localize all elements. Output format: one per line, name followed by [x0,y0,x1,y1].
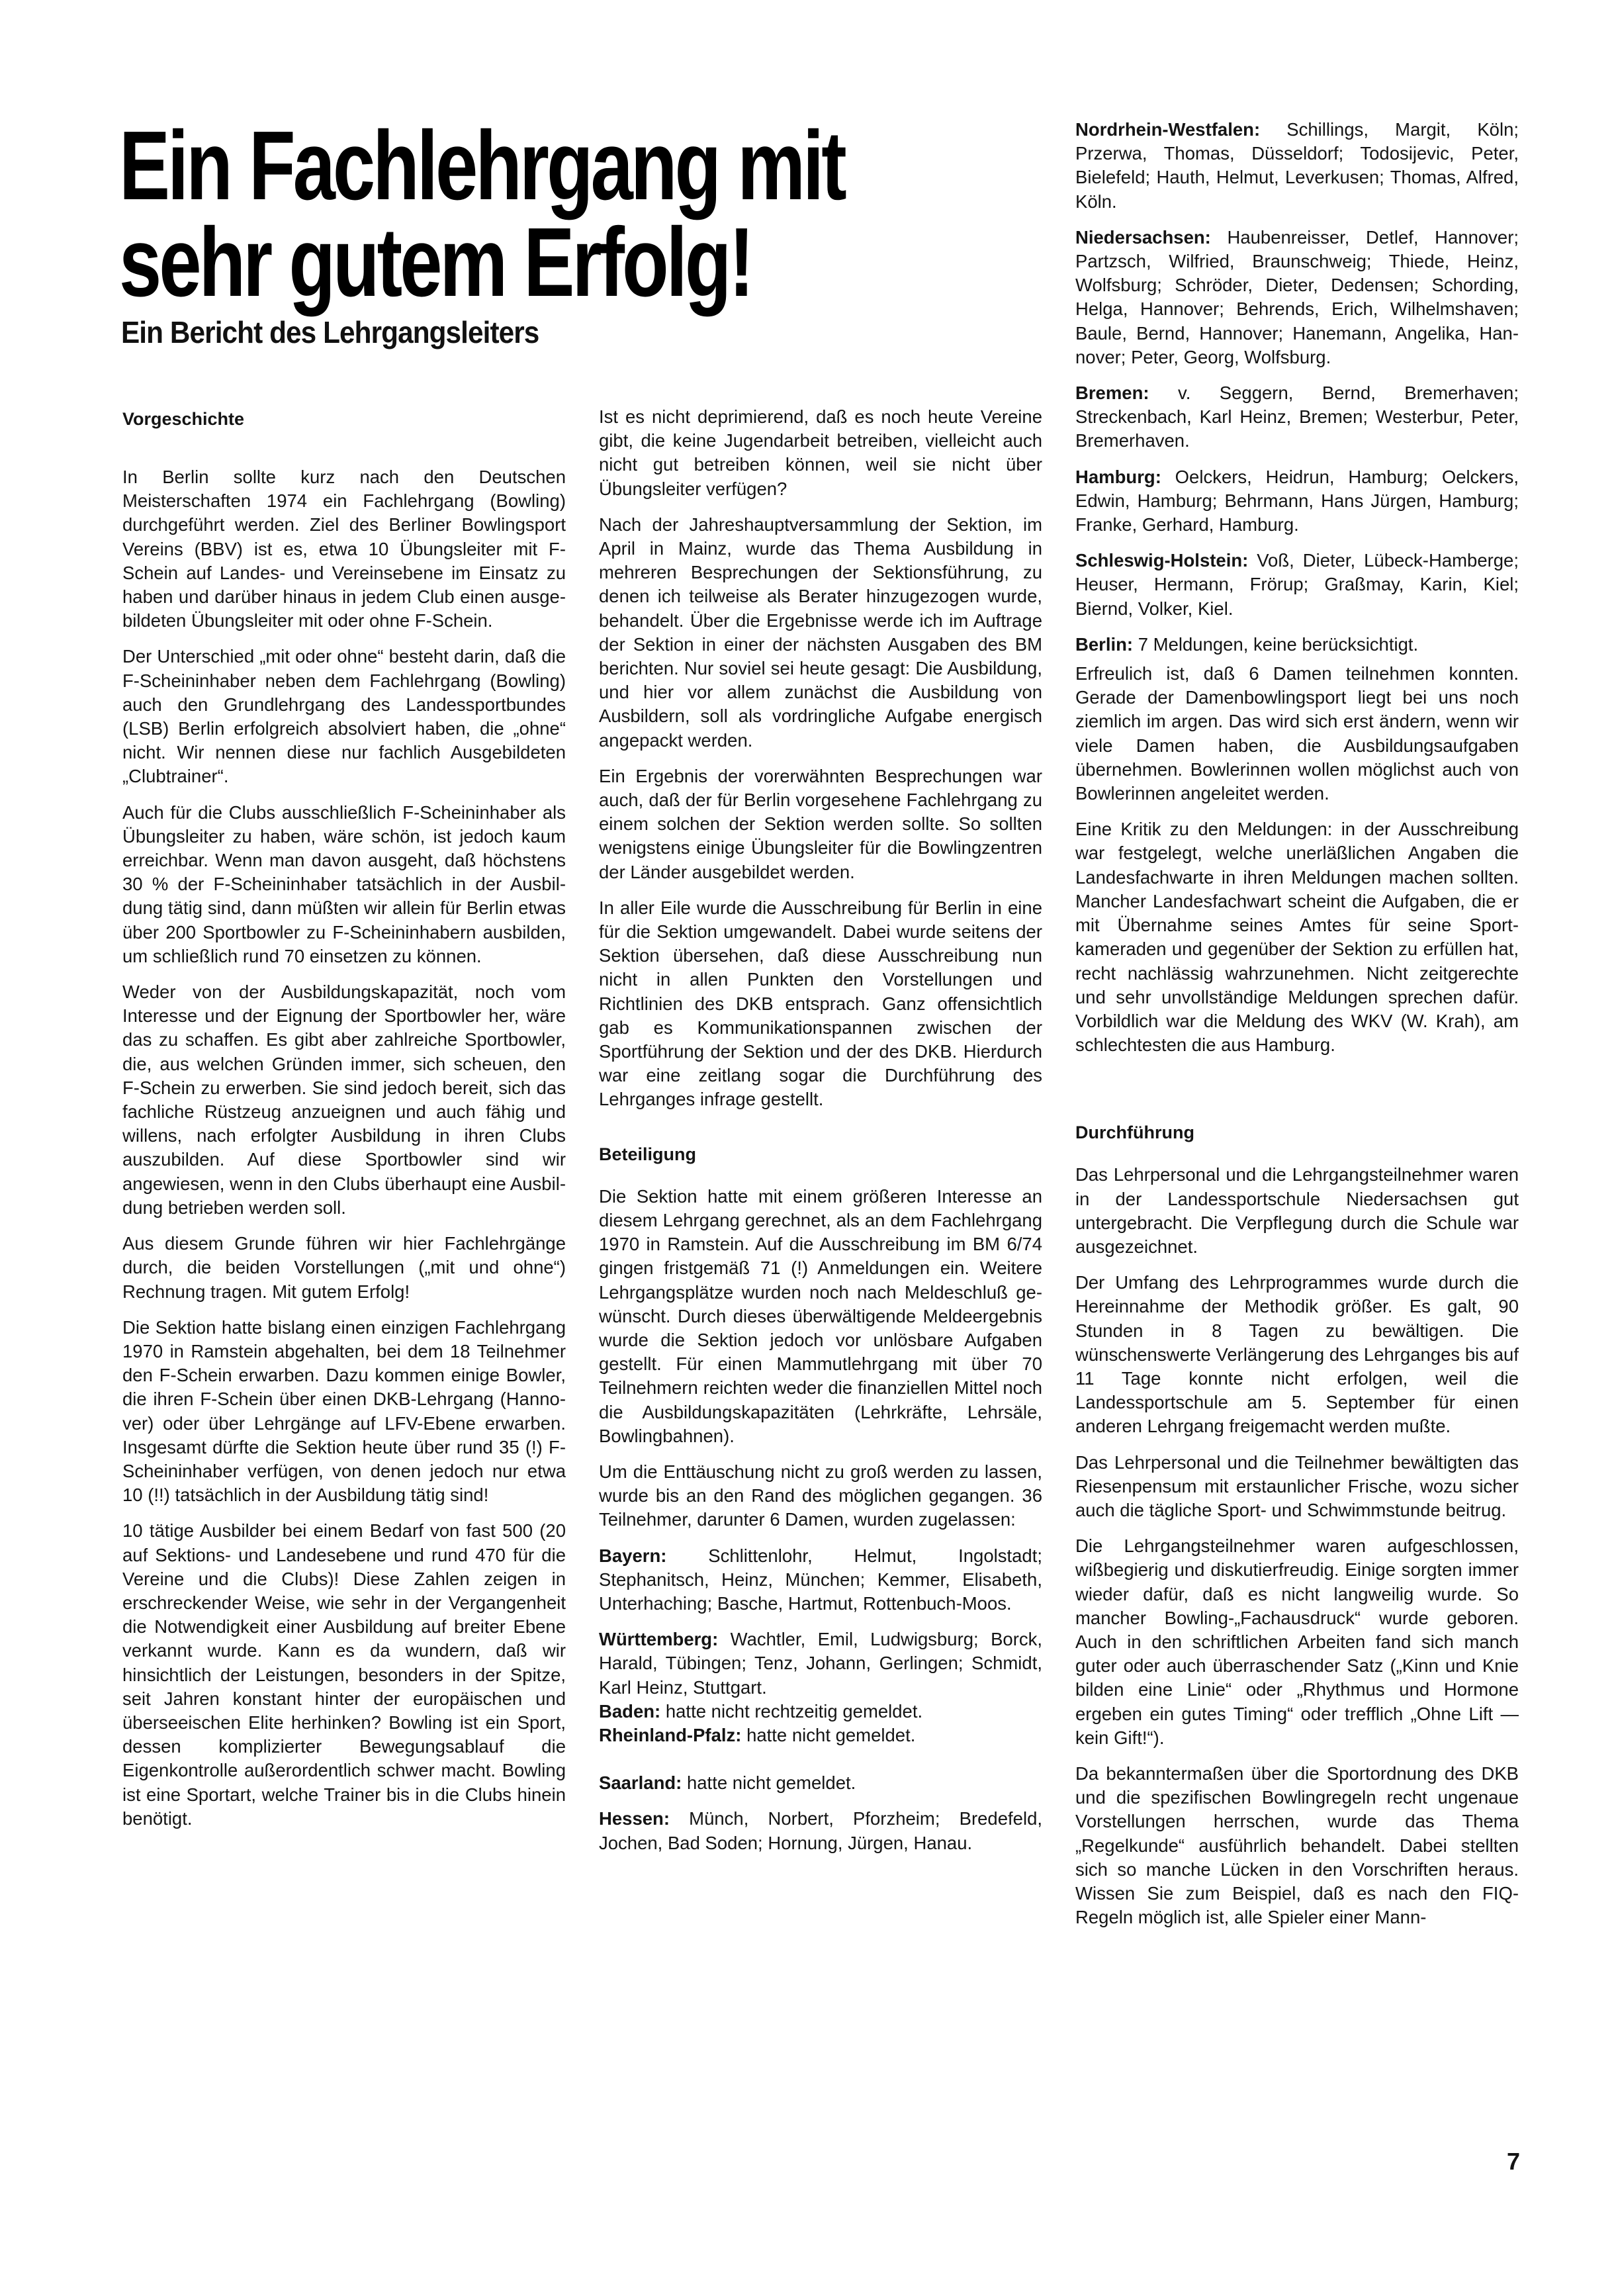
paragraph: Aus diesem Grunde führen wir hier Fach­l… [122,1232,566,1304]
state-label: Saarland: [599,1772,682,1793]
page-number: 7 [1507,2148,1520,2176]
article-title: Ein Fachlehrgang mit sehr gutem Erfolg! [119,118,713,311]
participant-names: hatte nicht rechtzeitig gemeldet. [666,1701,922,1722]
state-label: Berlin: [1075,634,1133,655]
participant-entry: Nordrhein-Westfalen: Schillings, Margit,… [1075,118,1519,214]
section-heading-beteiligung: Beteiligung [599,1142,1042,1166]
paragraph: Ist es nicht deprimierend, daß es noch h… [599,405,1042,501]
participant-names: Haubenreisser, Detlef, Han­nover; Partzs… [1075,227,1519,367]
title-line-2: sehr gutem Erfolg! [119,214,713,311]
paragraph: Das Lehrpersonal und die Lehrgangsteilne… [1075,1163,1519,1259]
paragraph: Auch für die Clubs ausschließlich F-Sche… [122,801,566,968]
paragraph: Die Sektion hatte bislang einen einzigen… [122,1316,566,1508]
participant-entry: Hessen: Münch, Norbert, Pforzheim; Brede… [599,1807,1042,1855]
state-label: Schleswig-Holstein: [1075,550,1248,571]
paragraph: Nach der Jahreshauptversammlung der Sek­… [599,513,1042,753]
participant-entry: Bremen: v. Seggern, Bernd, Bremerhaven; … [1075,381,1519,453]
state-label: Württemberg: [599,1629,718,1649]
participant-entry: Bayern: Schlittenlohr, Helmut, Ingolstad… [599,1544,1042,1616]
participant-entry: Berlin: 7 Meldungen, keine berücksichtig… [1075,633,1519,657]
paragraph: Der Umfang des Lehrprogrammes wurde durc… [1075,1271,1519,1438]
state-label: Niedersachsen: [1075,227,1211,248]
paragraph: Das Lehrpersonal und die Teilnehmer be­w… [1075,1451,1519,1523]
participant-names: 7 Meldungen, keine berücksichtigt. [1138,634,1418,655]
participant-entry: Württemberg: Wachtler, Emil, Ludwigsburg… [599,1628,1042,1700]
paragraph: In aller Eile wurde die Ausschreibung fü… [599,896,1042,1112]
paragraph: Da bekanntermaßen über die Sportordnung … [1075,1762,1519,1929]
state-label: Rheinland-Pfalz: [599,1725,741,1745]
participant-entry: Niedersachsen: Haubenreisser, Detlef, Ha… [1075,226,1519,369]
state-label: Bayern: [599,1545,666,1566]
paragraph: Die Lehrgangsteilnehmer waren aufgeschlo… [1075,1534,1519,1750]
participant-entry: Rheinland-Pfalz: hatte nicht gemeldet. [599,1723,1042,1747]
column-left: Vorgeschichte In Berlin sollte kurz nach… [122,407,566,1843]
column-right: Nordrhein-Westfalen: Schillings, Margit,… [1075,118,1519,1941]
paragraph: Eine Kritik zu den Meldungen: in der Aus… [1075,817,1519,1057]
paragraph: Erfreulich ist, daß 6 Damen teilnehmen k… [1075,662,1519,805]
section-heading-durchfuehrung: Durchführung [1075,1121,1519,1144]
paragraph: Der Unterschied „mit oder ohne“ besteht … [122,645,566,788]
state-label: Nordrhein-Westfalen: [1075,119,1260,140]
participant-names: hatte nicht gemeldet. [687,1772,856,1793]
paragraph: Um die Enttäuschung nicht zu groß werden… [599,1460,1042,1532]
column-middle: Ist es nicht deprimierend, daß es noch h… [599,405,1042,1867]
paragraph: Weder von der Ausbildungskapazität, noch… [122,980,566,1220]
state-label: Baden: [599,1701,660,1722]
state-label: Hessen: [599,1808,670,1829]
participant-names: hatte nicht gemeldet. [746,1725,915,1745]
participant-entry: Baden: hatte nicht rechtzeitig gemeldet. [599,1700,1042,1723]
state-label: Bremen: [1075,383,1149,403]
section-heading-vorgeschichte: Vorgeschichte [122,407,566,431]
participant-entry: Saarland: hatte nicht gemeldet. [599,1771,1042,1795]
paragraph: In Berlin sollte kurz nach den Deutschen… [122,465,566,633]
participant-entry: Hamburg: Oelckers, Heidrun, Hamburg; Oel… [1075,465,1519,537]
title-line-1: Ein Fachlehrgang mit [119,118,713,214]
paragraph: Ein Ergebnis der vorerwähnten Besprechun… [599,764,1042,884]
article-subtitle: Ein Bericht des Lehrgangsleiters [121,314,539,350]
paragraph: 10 tätige Ausbilder bei einem Bedarf von… [122,1519,566,1831]
participant-entry: Schleswig-Holstein: Voß, Dieter, Lübeck-… [1075,549,1519,621]
state-label: Hamburg: [1075,467,1161,487]
paragraph: Die Sektion hatte mit einem größeren Int… [599,1185,1042,1448]
